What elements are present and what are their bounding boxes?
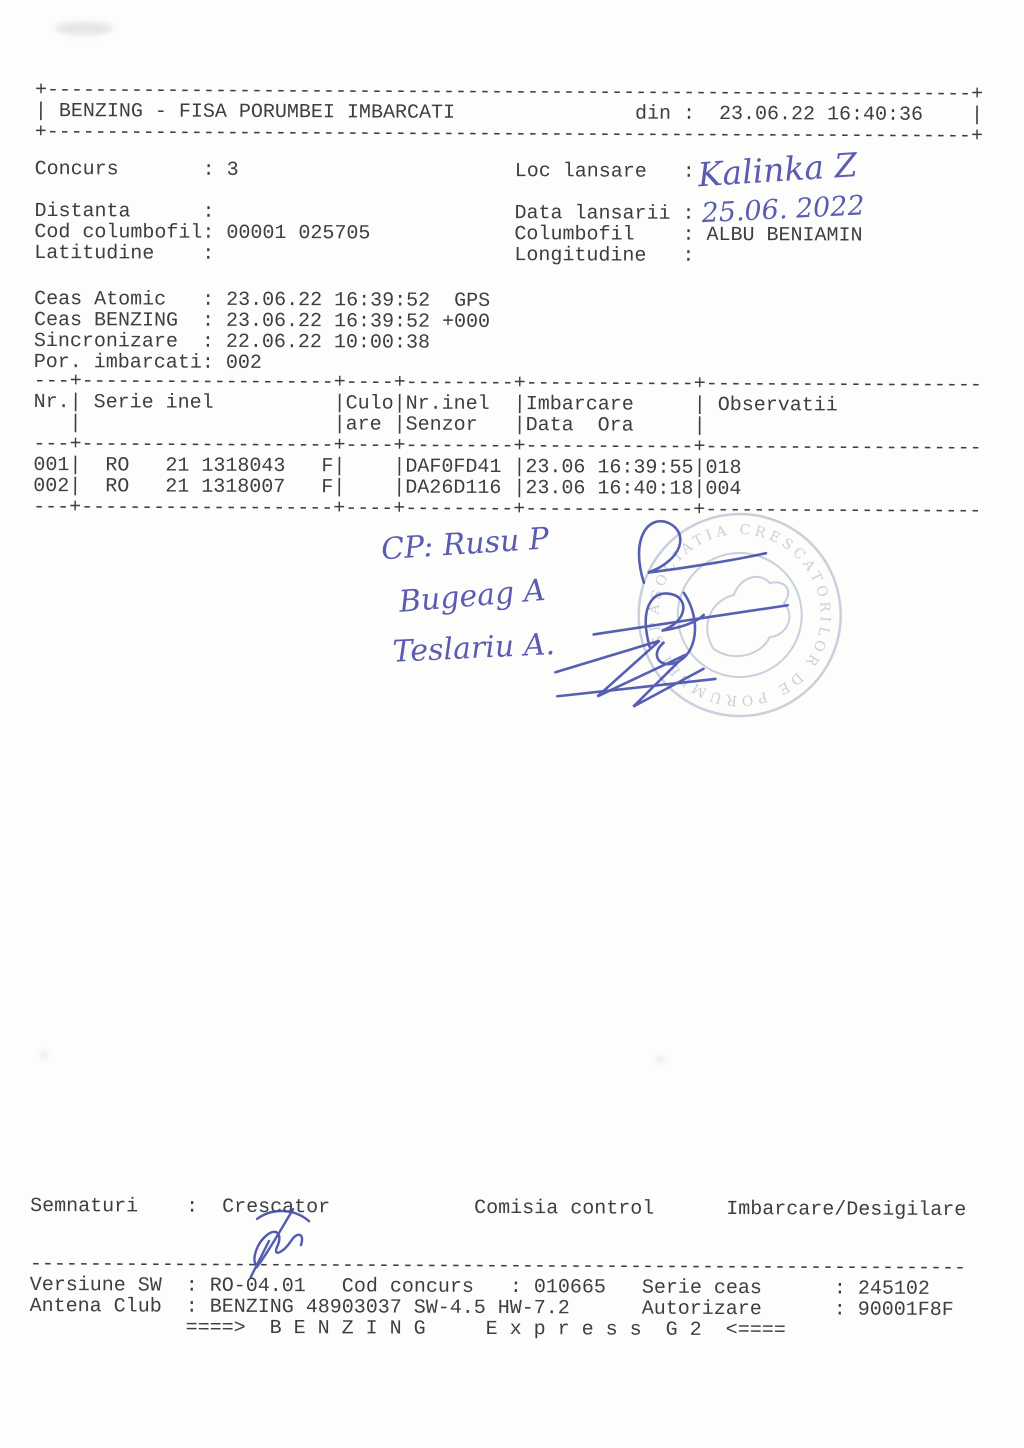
document-content: +---------------------------------------…	[0, 0, 1024, 1448]
handwritten-control-name: CP: Rusu P	[380, 521, 550, 567]
committee-signatures	[555, 521, 788, 708]
club-stamp: ASOCIATIA CRESCATORILOR DE PORUMBEI SPOR…	[638, 514, 841, 717]
header-border-bottom: +---------------------------------------…	[35, 122, 983, 147]
stamp-pigeon-emblem	[707, 577, 789, 657]
signature-flourish	[646, 593, 704, 647]
signature-flourish	[639, 521, 766, 583]
stamp-ring-text-holder: ASOCIATIA CRESCATORILOR DE PORUMBEI SPOR…	[646, 521, 833, 708]
footer-section: ----------------------------------------…	[30, 1254, 967, 1342]
signature-zigzag	[555, 640, 703, 707]
signature-strike-line	[557, 678, 715, 697]
stamp-outer-ring	[638, 514, 841, 717]
handwritten-control-name: Teslariu A.	[392, 627, 556, 670]
table-separator: ---+---------------------+----+---------…	[33, 497, 981, 522]
pigeon-table: ---+---------------------+----+---------…	[33, 371, 982, 522]
signature-flourish	[657, 593, 695, 665]
signature-strike-line	[594, 604, 788, 635]
clock-section: Ceas Atomic : 23.06.22 16:39:52 GPS Ceas…	[34, 289, 490, 375]
handwritten-control-name: Bugeag A	[398, 573, 547, 620]
signatures-row: Semnaturi : Crescator Comisia control Im…	[30, 1196, 966, 1221]
stamp-ring-text: ASOCIATIA CRESCATORILOR DE PORUMBEI SPOR…	[646, 521, 833, 708]
header-box: +---------------------------------------…	[35, 80, 983, 147]
scanned-document-page: +---------------------------------------…	[0, 0, 1024, 1448]
stamp-inner-ring	[677, 553, 802, 678]
line-semnaturi: Semnaturi : Crescator Comisia control Im…	[30, 1196, 966, 1221]
